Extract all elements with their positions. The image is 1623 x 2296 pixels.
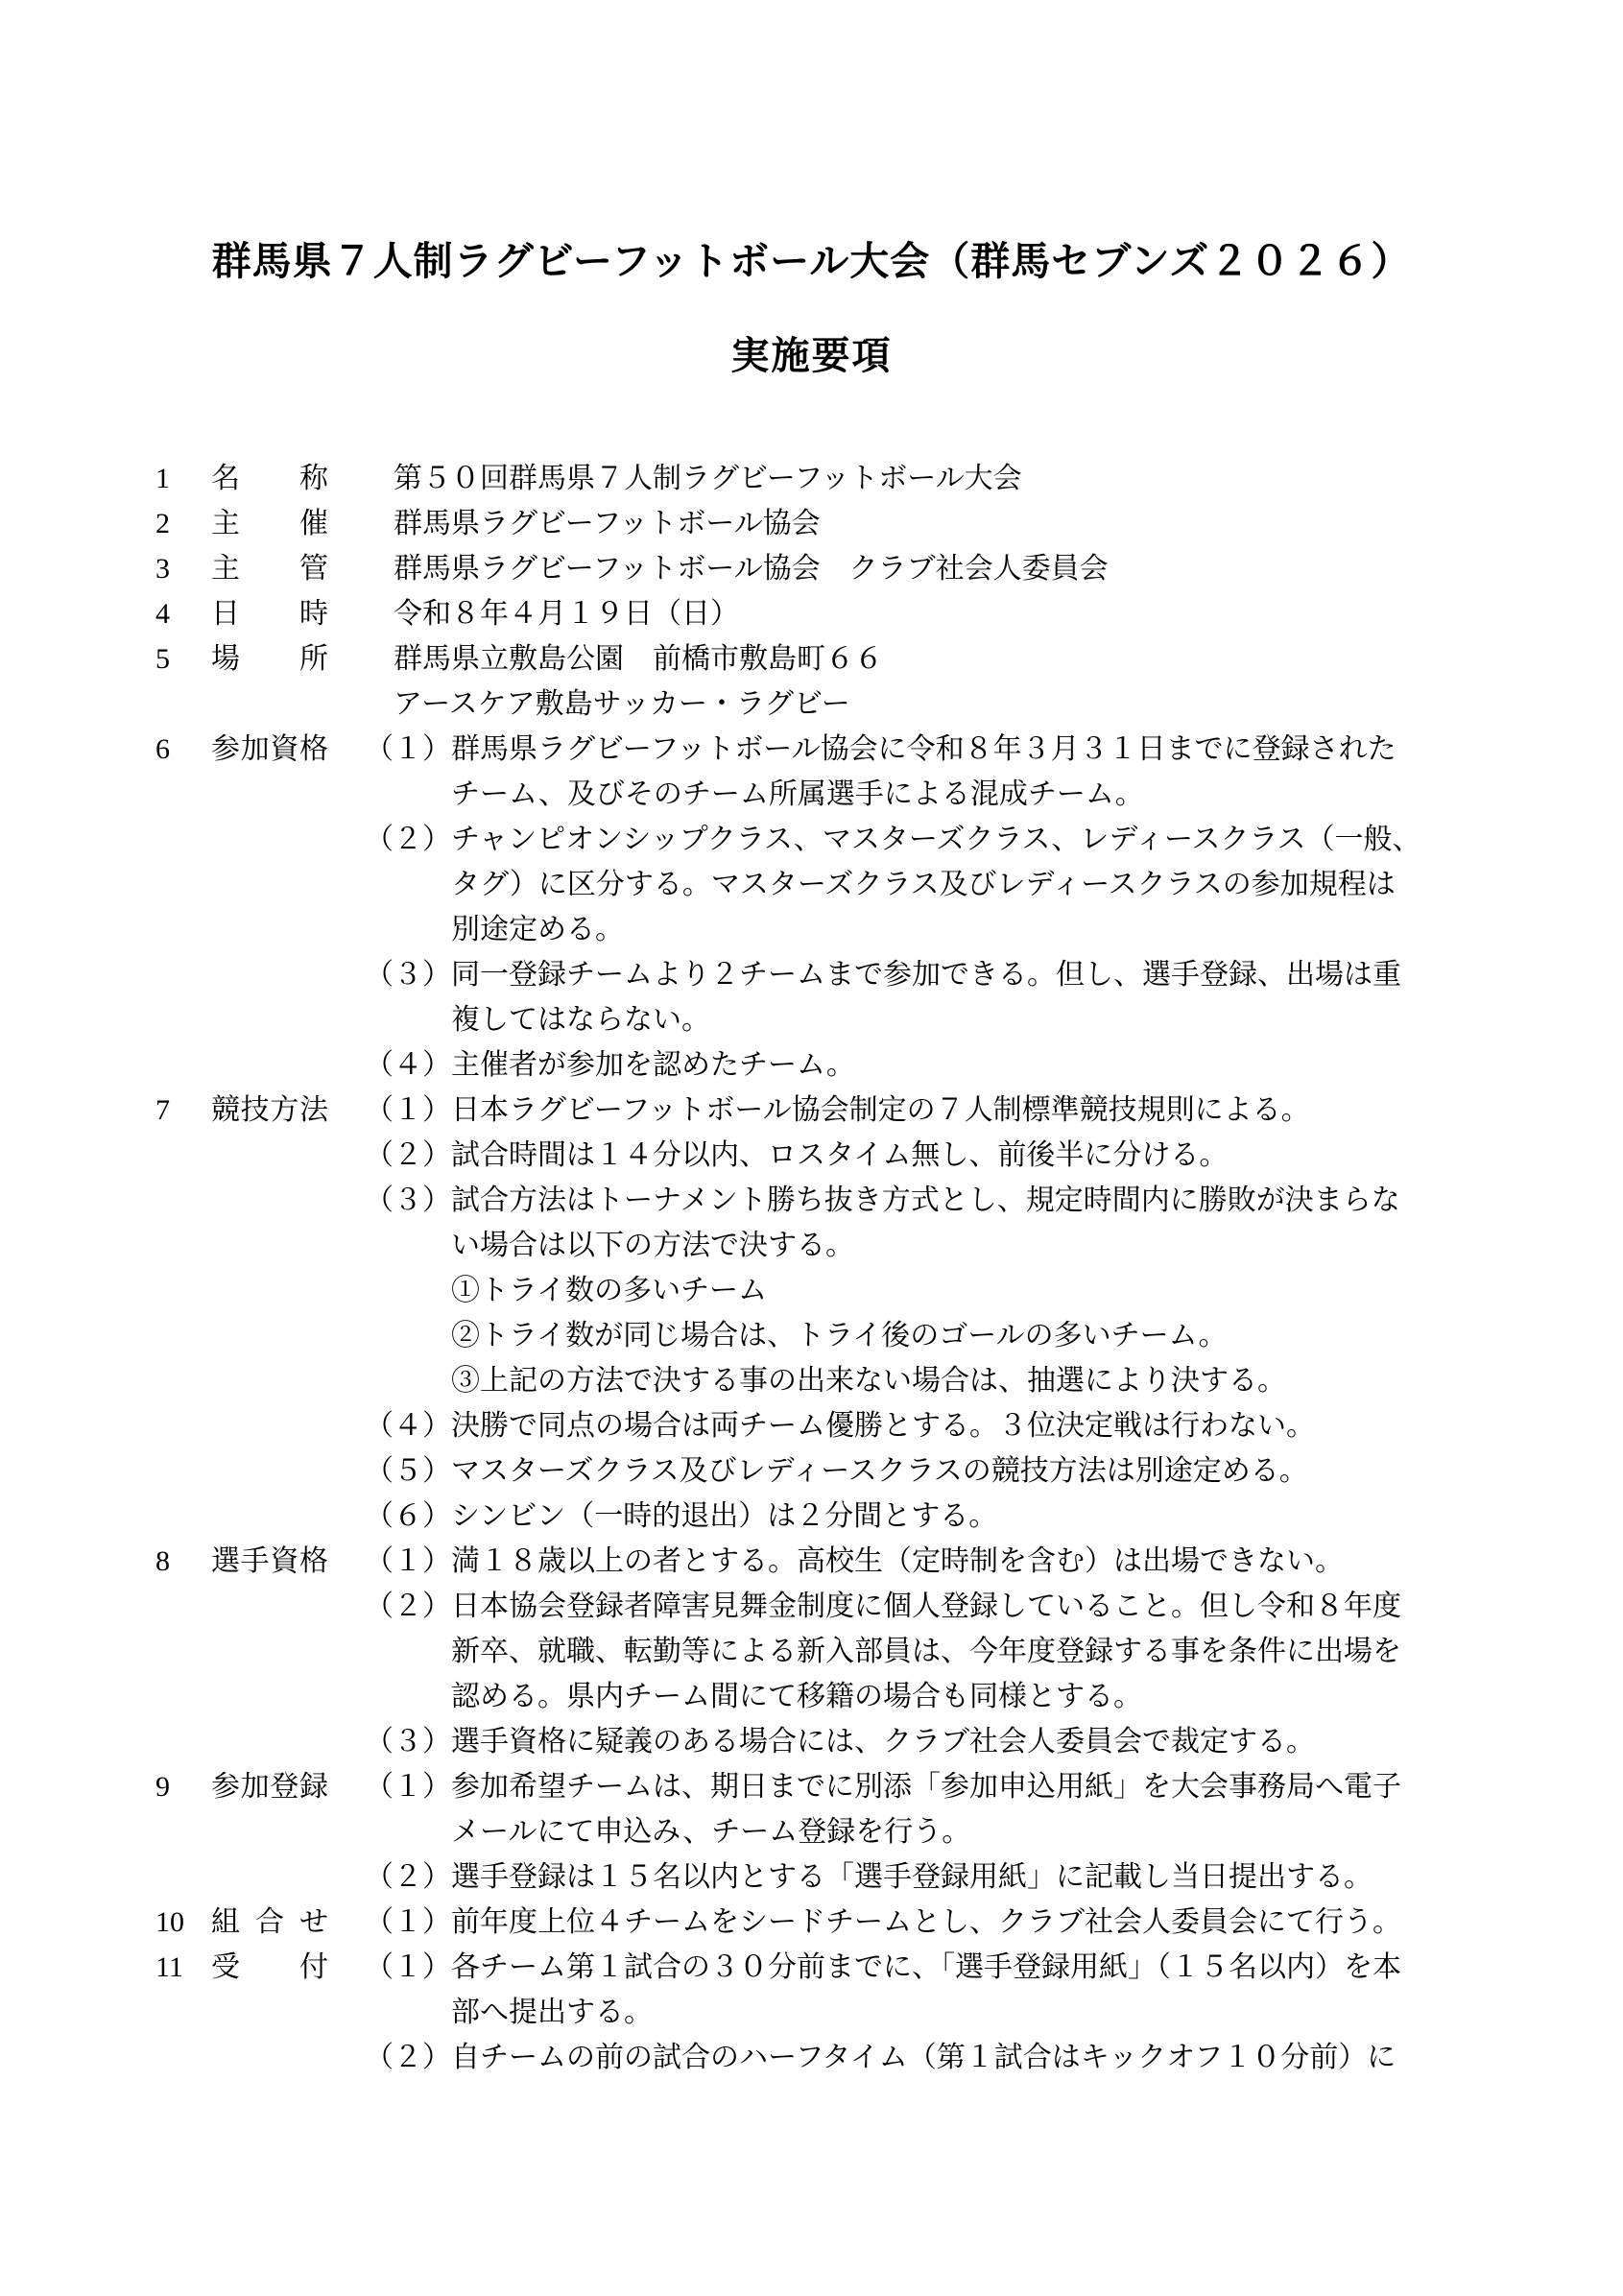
item-label-char: 技 [241, 1088, 270, 1133]
item-label: 受付 [211, 1945, 328, 1990]
item-label-char: 登 [270, 1764, 298, 1809]
document-line: （３）同一登録チームより２チームまで参加できる。但し、選手登録、出場は重 [0, 952, 1623, 997]
item-label-char: 選 [211, 1539, 240, 1584]
item-label: 参加登録 [211, 1764, 328, 1809]
item-label: 場所 [211, 636, 328, 682]
line-text: （３）選手資格に疑義のある場合には、クラブ社会人委員会で裁定する。 [365, 1719, 1315, 1764]
document-line: （２）選手登録は１５名以内とする「選手登録用紙」に記載し当日提出する。 [0, 1854, 1623, 1900]
item-label: 名称 [211, 456, 328, 501]
line-text: （１）参加希望チームは、期日までに別添「参加申込用紙」を大会事務局へ電子 [365, 1764, 1401, 1809]
item-label: 選手資格 [211, 1539, 328, 1584]
document-line: （２）試合時間は１４分以内、ロスタイム無し、前後半に分ける。 [0, 1133, 1623, 1178]
line-text: （１）日本ラグビーフットボール協会制定の７人制標準競技規則による。 [365, 1088, 1310, 1133]
document-line: （５）マスターズクラス及びレディースクラスの競技方法は別途定める。 [0, 1448, 1623, 1494]
item-label-char: 催 [299, 501, 328, 546]
document-line: 7競技方法（１）日本ラグビーフットボール協会制定の７人制標準競技規則による。 [0, 1088, 1623, 1133]
line-text: （６）シンビン（一時的退出）は２分間とする。 [365, 1494, 997, 1539]
item-label: 主管 [211, 546, 328, 591]
line-text: （４）決勝で同点の場合は両チーム優勝とする。３位決定戦は行わない。 [365, 1403, 1315, 1448]
document-line: （２）日本協会登録者障害見舞金制度に個人登録していること。但し令和８年度 [0, 1584, 1623, 1629]
line-text: 認める。県内チーム間にて移籍の場合も同様とする。 [451, 1674, 1142, 1719]
document-line: （２）自チームの前の試合のハーフタイム（第１試合はキックオフ１０分前）に [0, 2035, 1623, 2080]
line-text: （２）自チームの前の試合のハーフタイム（第１試合はキックオフ１０分前）に [365, 2035, 1396, 2080]
item-number: 11 [155, 1945, 183, 1990]
document-line: メールにて申込み、チーム登録を行う。 [0, 1809, 1623, 1854]
item-label-char: 資 [270, 1539, 298, 1584]
item-number: 8 [155, 1539, 170, 1584]
line-text: 部へ提出する。 [451, 1990, 653, 2035]
item-label: 参加資格 [211, 727, 328, 772]
document-line: 新卒、就職、転勤等による新入部員は、今年度登録する事を条件に出場を [0, 1629, 1623, 1674]
item-label-char: 付 [299, 1945, 328, 1990]
line-text: ②トライ数が同じ場合は、トライ後のゴールの多いチーム。 [451, 1313, 1228, 1358]
item-label-char: 加 [241, 1764, 270, 1809]
item-number: 9 [155, 1764, 170, 1809]
item-label: 組合せ [211, 1900, 328, 1945]
document-line: （４）決勝で同点の場合は両チーム優勝とする。３位決定戦は行わない。 [0, 1403, 1623, 1448]
line-text: （４）主催者が参加を認めたチーム。 [365, 1042, 855, 1088]
document-line: い場合は以下の方法で決する。 [0, 1223, 1623, 1268]
document-line: （４）主催者が参加を認めたチーム。 [0, 1042, 1623, 1088]
document-line: （３）試合方法はトーナメント勝ち抜き方式とし、規定時間内に勝敗が決まらな [0, 1178, 1623, 1223]
line-text: 第５０回群馬県７人制ラグビーフットボール大会 [394, 456, 1022, 501]
document-lines: 1名称第５０回群馬県７人制ラグビーフットボール大会2主催群馬県ラグビーフットボー… [0, 456, 1623, 2080]
line-text: 複してはならない。 [451, 997, 710, 1042]
line-text: 群馬県立敷島公園 前橋市敷島町６６ [394, 636, 883, 682]
line-text: （２）試合時間は１４分以内、ロスタイム無し、前後半に分ける。 [365, 1133, 1228, 1178]
document-line: 3主管群馬県ラグビーフットボール協会 クラブ社会人委員会 [0, 546, 1623, 591]
item-label-char: 資 [270, 727, 298, 772]
item-label: 競技方法 [211, 1088, 328, 1133]
line-text: （２）選手登録は１５名以内とする「選手登録用紙」に記載し当日提出する。 [365, 1854, 1372, 1900]
item-number: 3 [155, 546, 170, 591]
line-text: （１）群馬県ラグビーフットボール協会に令和８年３月３１日までに登録された [365, 727, 1396, 772]
document-line: 別途定める。 [0, 907, 1623, 952]
document-line: 2主催群馬県ラグビーフットボール協会 [0, 501, 1623, 546]
document-line: 10組合せ（１）前年度上位４チームをシードチームとし、クラブ社会人委員会にて行う… [0, 1900, 1623, 1945]
item-number: 6 [155, 727, 170, 772]
line-text: ①トライ数の多いチーム [451, 1268, 767, 1313]
item-label: 主催 [211, 501, 328, 546]
line-text: チーム、及びそのチーム所属選手による混成チーム。 [451, 772, 1144, 817]
item-label-char: 主 [211, 546, 240, 591]
line-text: 令和８年４月１９日（日） [394, 591, 739, 636]
item-number: 1 [155, 456, 170, 501]
item-label-char: 合 [255, 1900, 284, 1945]
item-label-char: 所 [299, 636, 328, 682]
item-label-char: 名 [211, 456, 240, 501]
document-line: 9参加登録（１）参加希望チームは、期日までに別添「参加申込用紙」を大会事務局へ電… [0, 1764, 1623, 1809]
document-line: （２）チャンピオンシップクラス、マスターズクラス、レディースクラス（一般、 [0, 817, 1623, 862]
line-text: ③上記の方法で決する事の出来ない場合は、抽選により決する。 [451, 1358, 1286, 1403]
item-label: 日時 [211, 591, 328, 636]
document-line: 5場所群馬県立敷島公園 前橋市敷島町６６ [0, 636, 1623, 682]
line-text: （１）各チーム第１試合の３０分前までに、「選手登録用紙」（１５名以内）を本 [365, 1945, 1401, 1990]
document-subtitle: 実施要項 [0, 333, 1623, 379]
item-label-char: 加 [241, 727, 270, 772]
line-text: （２）チャンピオンシップクラス、マスターズクラス、レディースクラス（一般、 [365, 817, 1421, 862]
document-line: ②トライ数が同じ場合は、トライ後のゴールの多いチーム。 [0, 1313, 1623, 1358]
item-label-char: 場 [211, 636, 240, 682]
document-line: 11受付（１）各チーム第１試合の３０分前までに、「選手登録用紙」（１５名以内）を… [0, 1945, 1623, 1990]
line-text: （１）前年度上位４チームをシードチームとし、クラブ社会人委員会にて行う。 [365, 1900, 1401, 1945]
item-label-char: 時 [299, 591, 328, 636]
item-label-char: 方 [270, 1088, 298, 1133]
item-label-char: 手 [241, 1539, 270, 1584]
line-text: タグ）に区分する。マスターズクラス及びレディースクラスの参加規程は [451, 862, 1396, 907]
item-number: 10 [155, 1900, 184, 1945]
line-text: （３）試合方法はトーナメント勝ち抜き方式とし、規定時間内に勝敗が決まらな [365, 1178, 1400, 1223]
document-page: 群馬県７人制ラグビーフットボール大会（群馬セブンズ２０２６） 実施要項 1名称第… [0, 0, 1623, 2296]
item-label-char: 競 [211, 1088, 240, 1133]
line-text: い場合は以下の方法で決する。 [451, 1223, 854, 1268]
document-line: （３）選手資格に疑義のある場合には、クラブ社会人委員会で裁定する。 [0, 1719, 1623, 1764]
line-text: （３）同一登録チームより２チームまで参加できる。但し、選手登録、出場は重 [365, 952, 1401, 997]
line-text: 群馬県ラグビーフットボール協会 [394, 501, 821, 546]
line-text: （５）マスターズクラス及びレディースクラスの競技方法は別途定める。 [365, 1448, 1308, 1494]
line-text: 別途定める。 [451, 907, 624, 952]
item-label-char: 格 [299, 727, 328, 772]
line-text: （１）満１８歳以上の者とする。高校生（定時制を含む）は出場できない。 [365, 1539, 1344, 1584]
document-line: チーム、及びそのチーム所属選手による混成チーム。 [0, 772, 1623, 817]
document-line: ①トライ数の多いチーム [0, 1268, 1623, 1313]
item-label-char: 格 [299, 1539, 328, 1584]
document-line: 6参加資格（１）群馬県ラグビーフットボール協会に令和８年３月３１日までに登録され… [0, 727, 1623, 772]
line-text: 新卒、就職、転勤等による新入部員は、今年度登録する事を条件に出場を [451, 1629, 1401, 1674]
item-label-char: 組 [211, 1900, 240, 1945]
item-label-char: 参 [211, 1764, 240, 1809]
item-label-char: 参 [211, 727, 240, 772]
document-title: 群馬県７人制ラグビーフットボール大会（群馬セブンズ２０２６） [0, 0, 1623, 285]
document-line: 部へ提出する。 [0, 1990, 1623, 2035]
item-number: 5 [155, 636, 170, 682]
document-line: 複してはならない。 [0, 997, 1623, 1042]
document-line: 8選手資格（１）満１８歳以上の者とする。高校生（定時制を含む）は出場できない。 [0, 1539, 1623, 1584]
item-label-char: 称 [299, 456, 328, 501]
item-number: 2 [155, 501, 170, 546]
document-line: ③上記の方法で決する事の出来ない場合は、抽選により決する。 [0, 1358, 1623, 1403]
document-line: アースケア敷島サッカー・ラグビー [0, 682, 1623, 727]
item-label-char: 主 [211, 501, 240, 546]
item-label-char: 録 [299, 1764, 328, 1809]
item-label-char: 受 [211, 1945, 240, 1990]
item-label-char: 法 [299, 1088, 328, 1133]
line-text: 群馬県ラグビーフットボール協会 クラブ社会人委員会 [394, 546, 1109, 591]
item-label-char: 日 [211, 591, 240, 636]
document-line: タグ）に区分する。マスターズクラス及びレディースクラスの参加規程は [0, 862, 1623, 907]
document-line: 1名称第５０回群馬県７人制ラグビーフットボール大会 [0, 456, 1623, 501]
item-label-char: せ [299, 1900, 328, 1945]
item-number: 4 [155, 591, 170, 636]
line-text: アースケア敷島サッカー・ラグビー [394, 682, 850, 727]
item-number: 7 [155, 1088, 170, 1133]
item-label-char: 管 [299, 546, 328, 591]
line-text: メールにて申込み、チーム登録を行う。 [451, 1809, 970, 1854]
document-line: 認める。県内チーム間にて移籍の場合も同様とする。 [0, 1674, 1623, 1719]
line-text: （２）日本協会登録者障害見舞金制度に個人登録していること。但し令和８年度 [365, 1584, 1401, 1629]
document-line: 4日時令和８年４月１９日（日） [0, 591, 1623, 636]
document-line: （６）シンビン（一時的退出）は２分間とする。 [0, 1494, 1623, 1539]
